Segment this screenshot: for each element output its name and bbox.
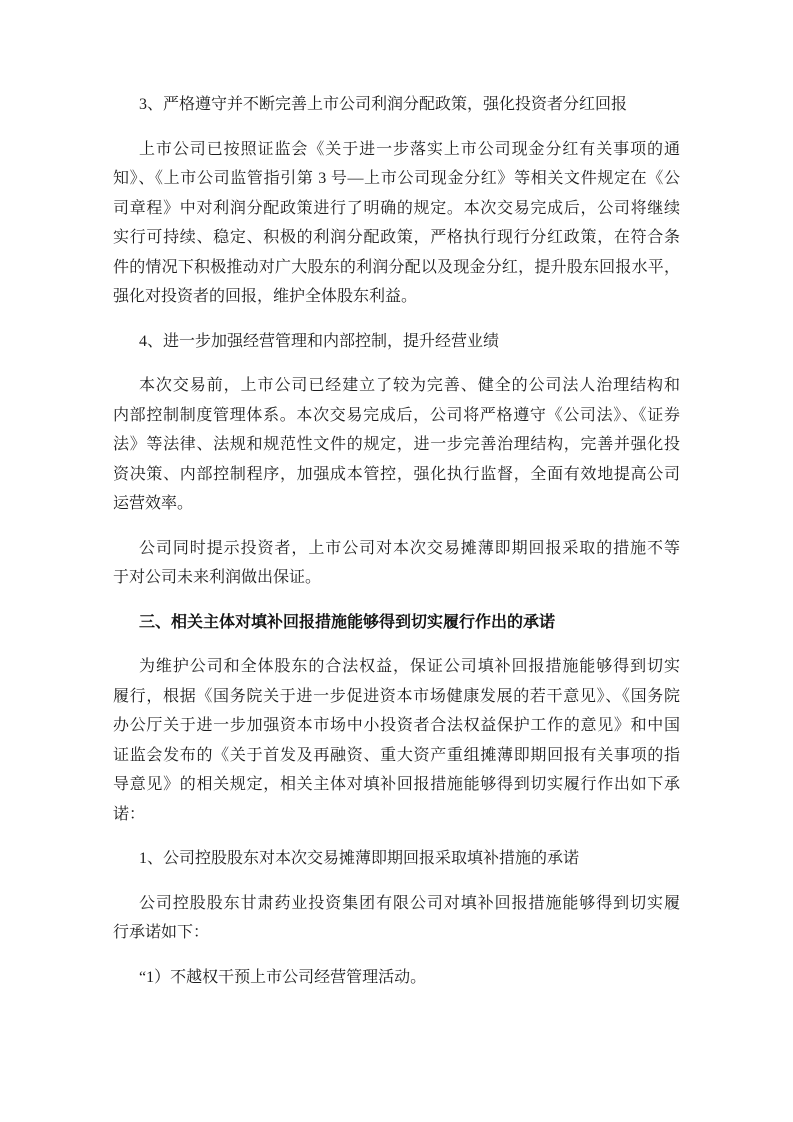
subheading-1: 1、公司控股股东对本次交易摊薄即期回报采取填补措施的承诺: [113, 844, 680, 874]
paragraph-dividend-policy: 上市公司已按照证监会《关于进一步落实上市公司现金分红有关事项的通 知》、《上市公…: [113, 135, 680, 312]
text-line: 公司同时提示投资者，上市公司对本次交易摊薄即期回报采取的措施不等: [113, 534, 680, 564]
text-line: 内部控制制度管理体系。本次交易完成后，公司将严格遵守《公司法》、《证券: [113, 401, 680, 431]
text-line: 导意见》的相关规定，相关主体对填补回报措施能够得到切实履行作出如下承: [113, 770, 680, 800]
text-line: 实行可持续、稳定、积极的利润分配政策，严格执行现行分红政策，在符合条: [113, 223, 680, 253]
subheading-4: 4、进一步加强经营管理和内部控制，提升经营业绩: [113, 327, 680, 357]
text-line: 4、进一步加强经营管理和内部控制，提升经营业绩: [113, 327, 680, 357]
text-line: 办公厅关于进一步加强资本市场中小投资者合法权益保护工作的意见》和中国: [113, 711, 680, 741]
text-line: 3、严格遵守并不断完善上市公司利润分配政策，强化投资者分红回报: [113, 90, 680, 120]
text-line: 法》等法律、法规和规范性文件的规定，进一步完善治理结构，完善并强化投: [113, 430, 680, 460]
text-line: 资决策、内部控制程序，加强成本管控，强化执行监督，全面有效地提高公司: [113, 460, 680, 490]
text-line: 运营效率。: [113, 489, 680, 519]
text-line: 公司控股股东甘肃药业投资集团有限公司对填补回报措施能够得到切实履: [113, 889, 680, 919]
paragraph-no-guarantee: 公司同时提示投资者，上市公司对本次交易摊薄即期回报采取的措施不等 于对公司未来利…: [113, 534, 680, 593]
page-body: 3、严格遵守并不断完善上市公司利润分配政策，强化投资者分红回报 上市公司已按照证…: [113, 90, 680, 1007]
text-line: 为维护公司和全体股东的合法权益，保证公司填补回报措施能够得到切实: [113, 652, 680, 682]
text-line: 行承诺如下：: [113, 918, 680, 948]
document-page: 3、严格遵守并不断完善上市公司利润分配政策，强化投资者分红回报 上市公司已按照证…: [0, 0, 793, 1122]
text-line: 1、公司控股股东对本次交易摊薄即期回报采取填补措施的承诺: [113, 844, 680, 874]
paragraph-controlling-shareholder: 公司控股股东甘肃药业投资集团有限公司对填补回报措施能够得到切实履 行承诺如下：: [113, 889, 680, 948]
text-line: 本次交易前，上市公司已经建立了较为完善、健全的公司法人治理结构和: [113, 371, 680, 401]
text-line: 上市公司已按照证监会《关于进一步落实上市公司现金分红有关事项的通: [113, 135, 680, 165]
text-line: 三、相关主体对填补回报措施能够得到切实履行作出的承诺: [113, 608, 680, 638]
paragraph-governance: 本次交易前，上市公司已经建立了较为完善、健全的公司法人治理结构和 内部控制制度管…: [113, 371, 680, 519]
text-line: “1）不越权干预上市公司经营管理活动。: [113, 963, 680, 993]
text-line: 于对公司未来利润做出保证。: [113, 563, 680, 593]
text-line: 履行，根据《国务院关于进一步促进资本市场健康发展的若干意见》、《国务院: [113, 682, 680, 712]
paragraph-commitment-item-1: “1）不越权干预上市公司经营管理活动。: [113, 963, 680, 993]
text-line: 诺：: [113, 800, 680, 830]
subheading-3: 3、严格遵守并不断完善上市公司利润分配政策，强化投资者分红回报: [113, 90, 680, 120]
paragraph-commitment-basis: 为维护公司和全体股东的合法权益，保证公司填补回报措施能够得到切实 履行，根据《国…: [113, 652, 680, 829]
section-heading-three: 三、相关主体对填补回报措施能够得到切实履行作出的承诺: [113, 608, 680, 638]
text-line: 件的情况下积极推动对广大股东的利润分配以及现金分红，提升股东回报水平，: [113, 253, 680, 283]
text-line: 知》、《上市公司监管指引第 3 号—上市公司现金分红》等相关文件规定在《公: [113, 164, 680, 194]
text-line: 证监会发布的《关于首发及再融资、重大资产重组摊薄即期回报有关事项的指: [113, 741, 680, 771]
text-line: 司章程》中对利润分配政策进行了明确的规定。本次交易完成后，公司将继续: [113, 194, 680, 224]
text-line: 强化对投资者的回报，维护全体股东利益。: [113, 282, 680, 312]
